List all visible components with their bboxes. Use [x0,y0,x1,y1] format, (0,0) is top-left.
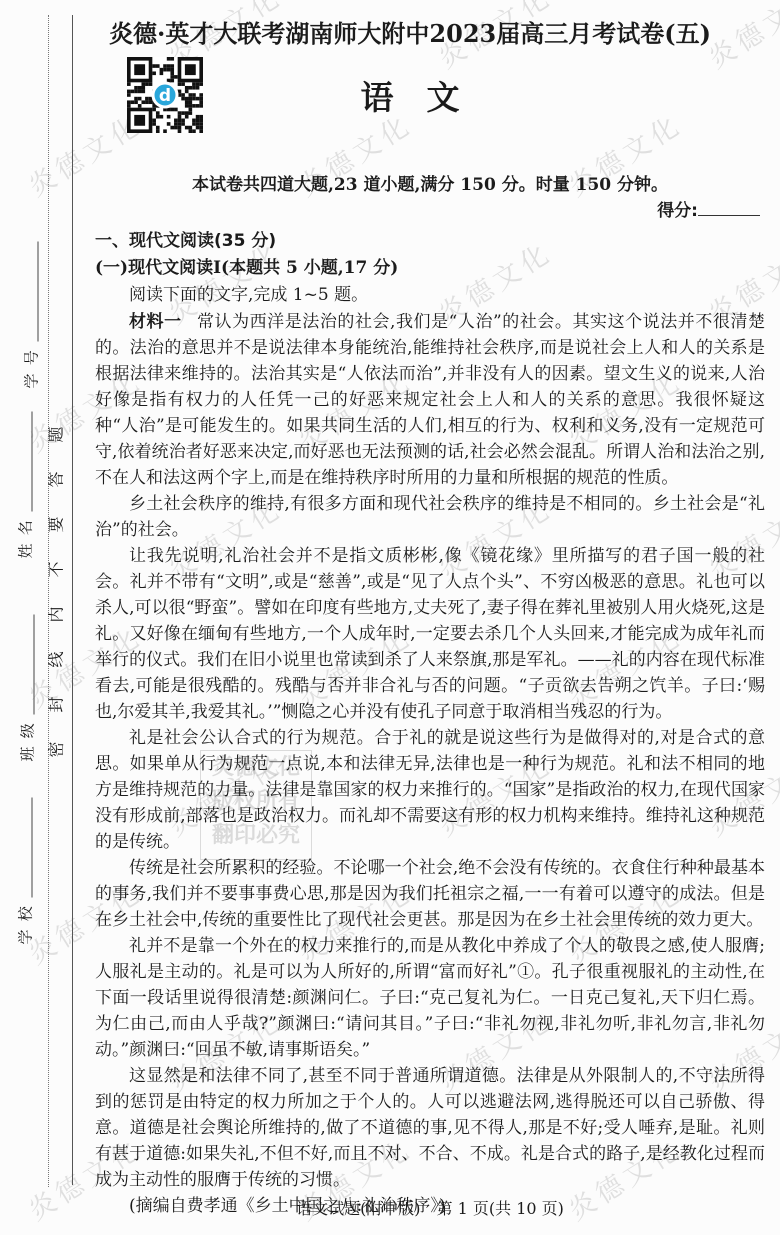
field-label: 姓名 [15,512,36,559]
field-student-id: 学号 [21,211,42,389]
passage-paragraph: 让我先说明,礼治社会并不是指文质彬彬,像《镜花缘》里所描写的君子国一般的社会。礼… [95,543,765,725]
passage-paragraph: 礼是社会公认合式的行为规范。合于礼的就是说这些行为是做得对的,对是合式的意思。如… [95,725,765,855]
field-underline [18,412,33,512]
exam-title: 炎德·英才大联考湖南师大附中2023届高三月考试卷(五) [80,14,740,49]
score-field: 得分: [657,196,760,221]
field-underline [20,615,35,715]
page-footer: 语文试题(附中版) 第 1 页(共 10 页) [95,1196,765,1219]
score-underline [698,201,760,216]
material-label: 材料一 [129,312,182,332]
passage-paragraph: 材料一常认为西洋是法治的社会,我们是“人治”的社会。其实这个说法并不很清楚的。法… [95,309,765,491]
field-label: 班级 [17,715,38,762]
passage-paragraph: 传统是社会所累积的经验。不论哪一个社会,绝不会没有传统的。衣食住行种种最基本的事… [95,855,765,933]
field-school: 学校 [15,767,36,945]
field-class: 班级 [17,584,38,762]
field-label: 学校 [15,898,36,945]
field-name: 姓名 [15,381,36,559]
passage-paragraph: 乡土社会秩序的维持,有很多方面和现代社会秩序的维持是不相同的。乡土社会是“礼治”… [95,491,765,543]
reading-passage: 材料一常认为西洋是法治的社会,我们是“人治”的社会。其实这个说法并不很清楚的。法… [95,309,765,1219]
exam-paper-page: 炎德文化 版权所有 翻印必究 炎德文化炎德文化炎德文化炎德文化炎德文化炎德文化炎… [0,0,780,1235]
seal-solid-line [72,15,73,1185]
subject-title: 语 文 [80,72,740,119]
score-label: 得分: [657,201,698,221]
passage-paragraph: 礼并不是靠一个外在的权力来推行的,而是从教化中养成了个人的敬畏之感,使人服膺;人… [95,933,765,1063]
paragraph-text: 常认为西洋是法治的社会,我们是“人治”的社会。其实这个说法并不很清楚的。法治的意… [95,312,765,488]
seal-notice-text: 密封线内不要答题 [44,393,67,763]
main-content: 一、现代文阅读(35 分) (一)现代文阅读Ⅰ(本题共 5 小题,17 分) 阅… [95,228,765,1219]
field-underline [18,798,33,898]
passage-paragraph: 这显然是和法律不同了,甚至不同于普通所谓道德。法律是从外限制人的,不守法所得到的… [95,1063,765,1193]
subsection-heading: (一)现代文阅读Ⅰ(本题共 5 小题,17 分) [95,255,765,282]
reading-prompt: 阅读下面的文字,完成 1~5 题。 [95,282,765,309]
section-heading: 一、现代文阅读(35 分) [95,228,765,255]
exam-instructions: 本试卷共四道大题,23 道小题,满分 150 分。时量 150 分钟。 [95,170,765,195]
field-underline [24,242,39,342]
